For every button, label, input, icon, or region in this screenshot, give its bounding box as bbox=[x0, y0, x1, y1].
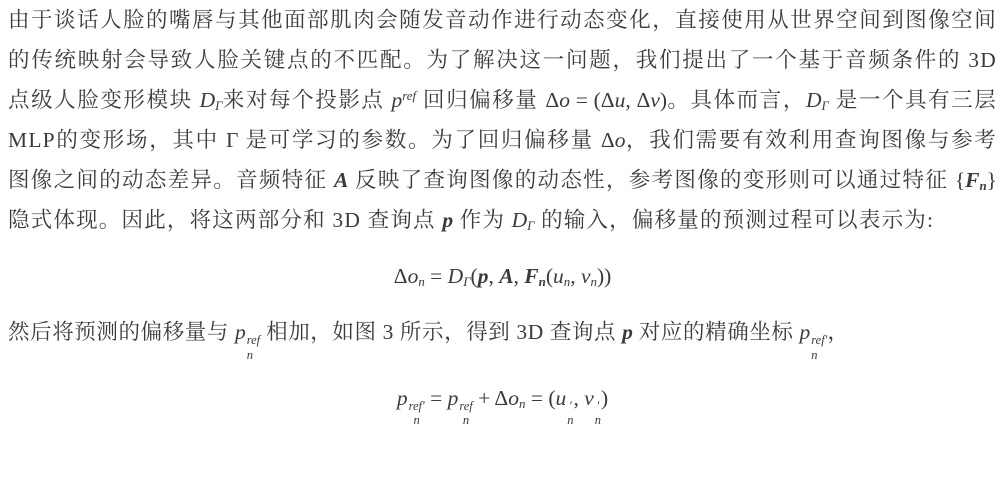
symbol-delta: Δ bbox=[394, 264, 408, 288]
paragraph-offset-addition: 然后将预测的偏移量与 prefn 相加，如图 3 所示，得到 3D 查询点 p … bbox=[8, 312, 997, 362]
math-run: un bbox=[553, 264, 570, 288]
paragraph-deformation-module: 由于谈话人脸的嘴唇与其他面部肌肉会随发音动作进行动态变化，直接使用从世界空间到图… bbox=[8, 0, 997, 240]
document-page: 由于谈话人脸的嘴唇与其他面部肌肉会随发音动作进行动态变化，直接使用从世界空间到图… bbox=[0, 0, 1006, 481]
text-run: 。具体而言， bbox=[667, 88, 806, 112]
math-run: ( bbox=[471, 264, 478, 288]
text-run: 相加，如图 3 所示，得到 3D 查询点 bbox=[260, 320, 622, 344]
math-run: ( bbox=[546, 264, 553, 288]
math-run: )) bbox=[597, 264, 611, 288]
symbol-deformation-module: DΓ bbox=[200, 88, 223, 112]
math-run: u bbox=[615, 88, 626, 112]
math-run: u′n bbox=[555, 378, 573, 428]
math-run: on bbox=[508, 386, 525, 410]
symbol-feature-Fn: Fn bbox=[524, 264, 546, 288]
text-run: 对应的精确坐标 bbox=[633, 320, 800, 344]
text-run: ， bbox=[827, 320, 849, 344]
math-run: , bbox=[570, 264, 581, 288]
symbol-p-ref: pref bbox=[391, 88, 416, 112]
math-run: , Δ bbox=[625, 88, 650, 112]
math-run: + Δ bbox=[473, 386, 509, 410]
equation-offset-prediction: Δon = DΓ(p, A, Fn(un, vn)) bbox=[8, 256, 997, 296]
math-run: o bbox=[559, 88, 570, 112]
equation-refined-coordinate: pref′n = prefn + Δon = (u′n, v′n) bbox=[8, 378, 997, 428]
math-run: , bbox=[573, 386, 584, 410]
math-run: = bbox=[425, 264, 448, 288]
math-run: vn bbox=[581, 264, 597, 288]
math-run: o bbox=[615, 128, 626, 152]
math-run: ) bbox=[601, 386, 608, 410]
math-run: v bbox=[650, 88, 660, 112]
math-run: , bbox=[514, 264, 525, 288]
symbol-gamma: Γ bbox=[226, 128, 238, 152]
symbol-audio-feature: A bbox=[334, 168, 348, 192]
text-run: 来对每个投影点 bbox=[223, 88, 392, 112]
symbol-p-n-ref-prime: pref′n bbox=[397, 378, 425, 428]
math-run: = (Δ bbox=[570, 88, 615, 112]
math-run: ) bbox=[660, 88, 667, 112]
symbol-delta: Δ bbox=[601, 128, 615, 152]
math-run: = ( bbox=[525, 386, 555, 410]
symbol-deformation-module: DΓ bbox=[806, 88, 829, 112]
symbol-deformation-module: DΓ bbox=[448, 264, 471, 288]
text-run: 反映了查询图像的动态性，参考图像的变形则可以通过特征 bbox=[348, 168, 954, 192]
math-run: } bbox=[987, 168, 997, 192]
symbol-p-n-ref: prefn bbox=[448, 378, 473, 428]
symbol-audio-feature: A bbox=[499, 264, 513, 288]
text-run: 是可学习的参数。为了回归偏移量 bbox=[238, 128, 601, 152]
symbol-delta: Δ bbox=[545, 88, 559, 112]
symbol-deformation-module: DΓ bbox=[512, 208, 535, 232]
symbol-p-n-ref: prefn bbox=[235, 312, 260, 362]
math-run: = bbox=[425, 386, 448, 410]
text-run: 回归偏移量 bbox=[416, 88, 545, 112]
text-run: 隐式体现。因此，将这两部分和 3D 查询点 bbox=[8, 208, 442, 232]
text-run: 然后将预测的偏移量与 bbox=[8, 320, 235, 344]
symbol-query-point: p bbox=[478, 264, 489, 288]
symbol-feature-Fn: Fn bbox=[965, 168, 987, 192]
symbol-p-n-ref-prime: pref′n bbox=[800, 312, 828, 362]
symbol-query-point: p bbox=[622, 320, 633, 344]
text-run: 的输入，偏移量的预测过程可以表示为: bbox=[535, 208, 935, 232]
math-run: on bbox=[408, 264, 425, 288]
symbol-query-point: p bbox=[442, 208, 453, 232]
math-run: v′n bbox=[584, 378, 601, 428]
text-run: 作为 bbox=[453, 208, 512, 232]
math-run: , bbox=[488, 264, 499, 288]
math-run: { bbox=[955, 168, 965, 192]
